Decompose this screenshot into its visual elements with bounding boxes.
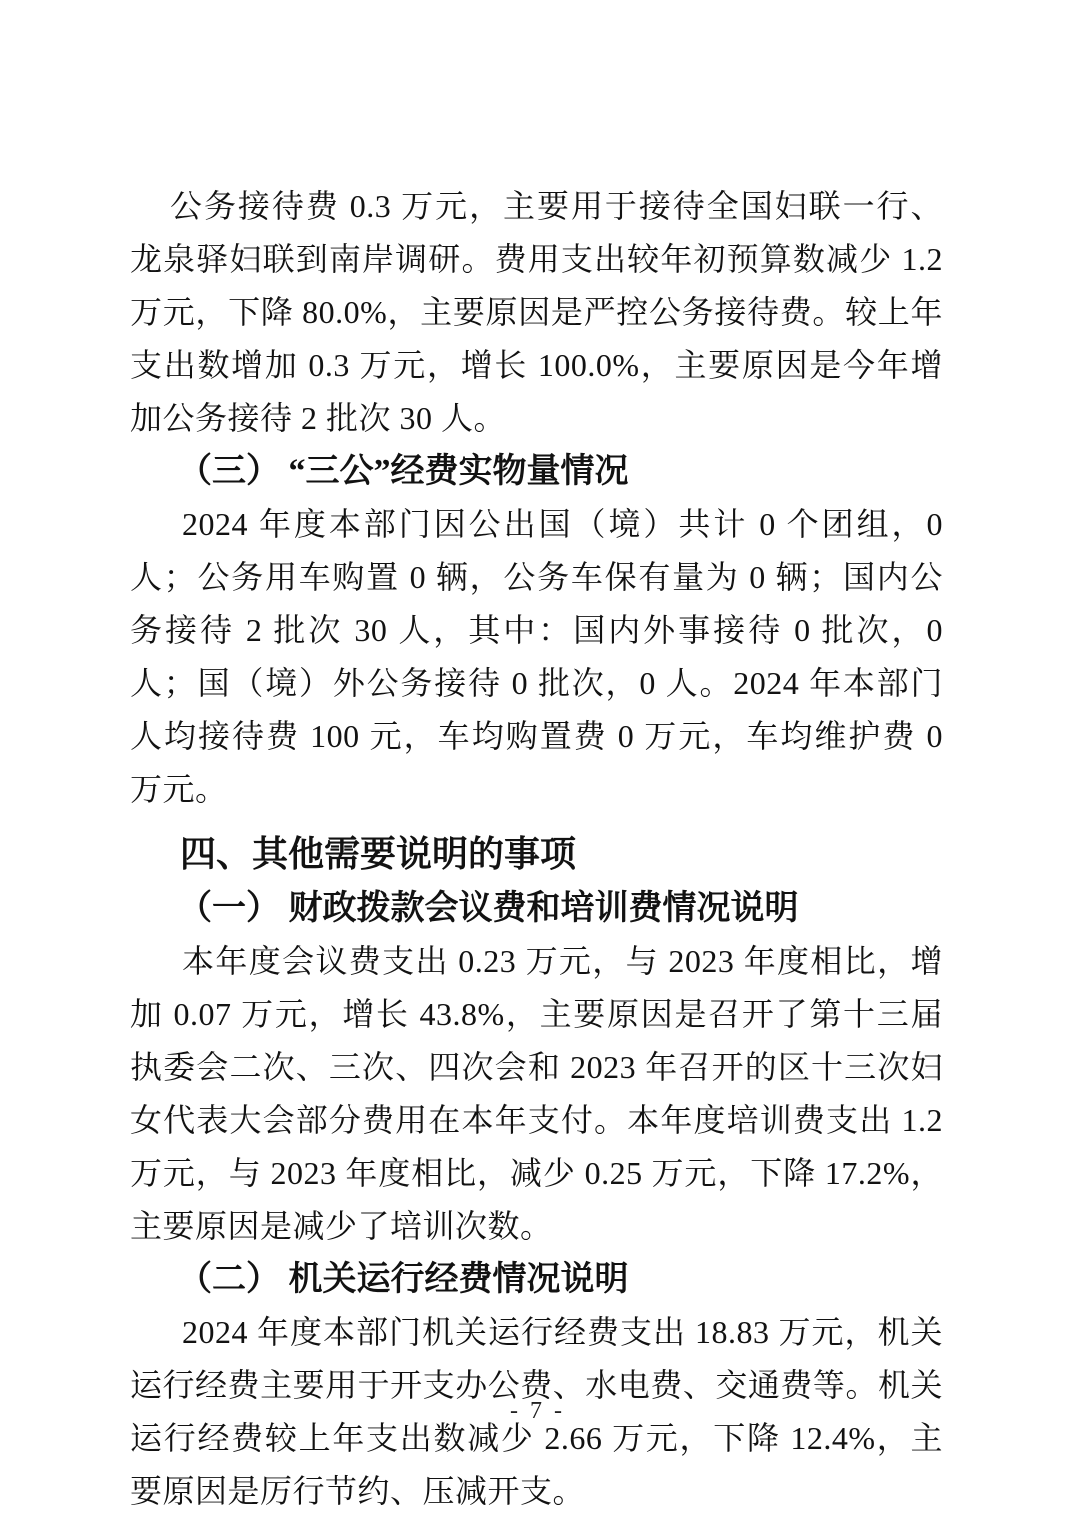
paragraph-physical-quantity-details: 2024 年度本部门因公出国（境）共计 0 个团组，0 人；公务用车购置 0 辆… bbox=[130, 498, 943, 816]
heading-section-4-other-matters: 四、其他需要说明的事项 bbox=[130, 826, 943, 882]
document-page: 公务接待费 0.3 万元，主要用于接待全国妇联一行、龙泉驿妇联到南岸调研。费用支… bbox=[0, 0, 1075, 1520]
heading-section-3-three-public-physical-quantity: （三） “三公”经费实物量情况 bbox=[130, 445, 943, 498]
document-body: 公务接待费 0.3 万元，主要用于接待全国妇联一行、龙泉驿妇联到南岸调研。费用支… bbox=[130, 180, 943, 1518]
page-footer: - 7 - bbox=[0, 1398, 1075, 1425]
heading-4-1-meeting-and-training-fees: （一） 财政拨款会议费和培训费情况说明 bbox=[130, 882, 943, 935]
paragraph-official-reception-expense: 公务接待费 0.3 万元，主要用于接待全国妇联一行、龙泉驿妇联到南岸调研。费用支… bbox=[130, 180, 943, 445]
paragraph-meeting-and-training-fee-details: 本年度会议费支出 0.23 万元，与 2023 年度相比，增加 0.07 万元，… bbox=[130, 935, 943, 1253]
page-number: - 7 - bbox=[510, 1398, 565, 1424]
heading-4-2-agency-operating-expenses: （二） 机关运行经费情况说明 bbox=[130, 1253, 943, 1306]
